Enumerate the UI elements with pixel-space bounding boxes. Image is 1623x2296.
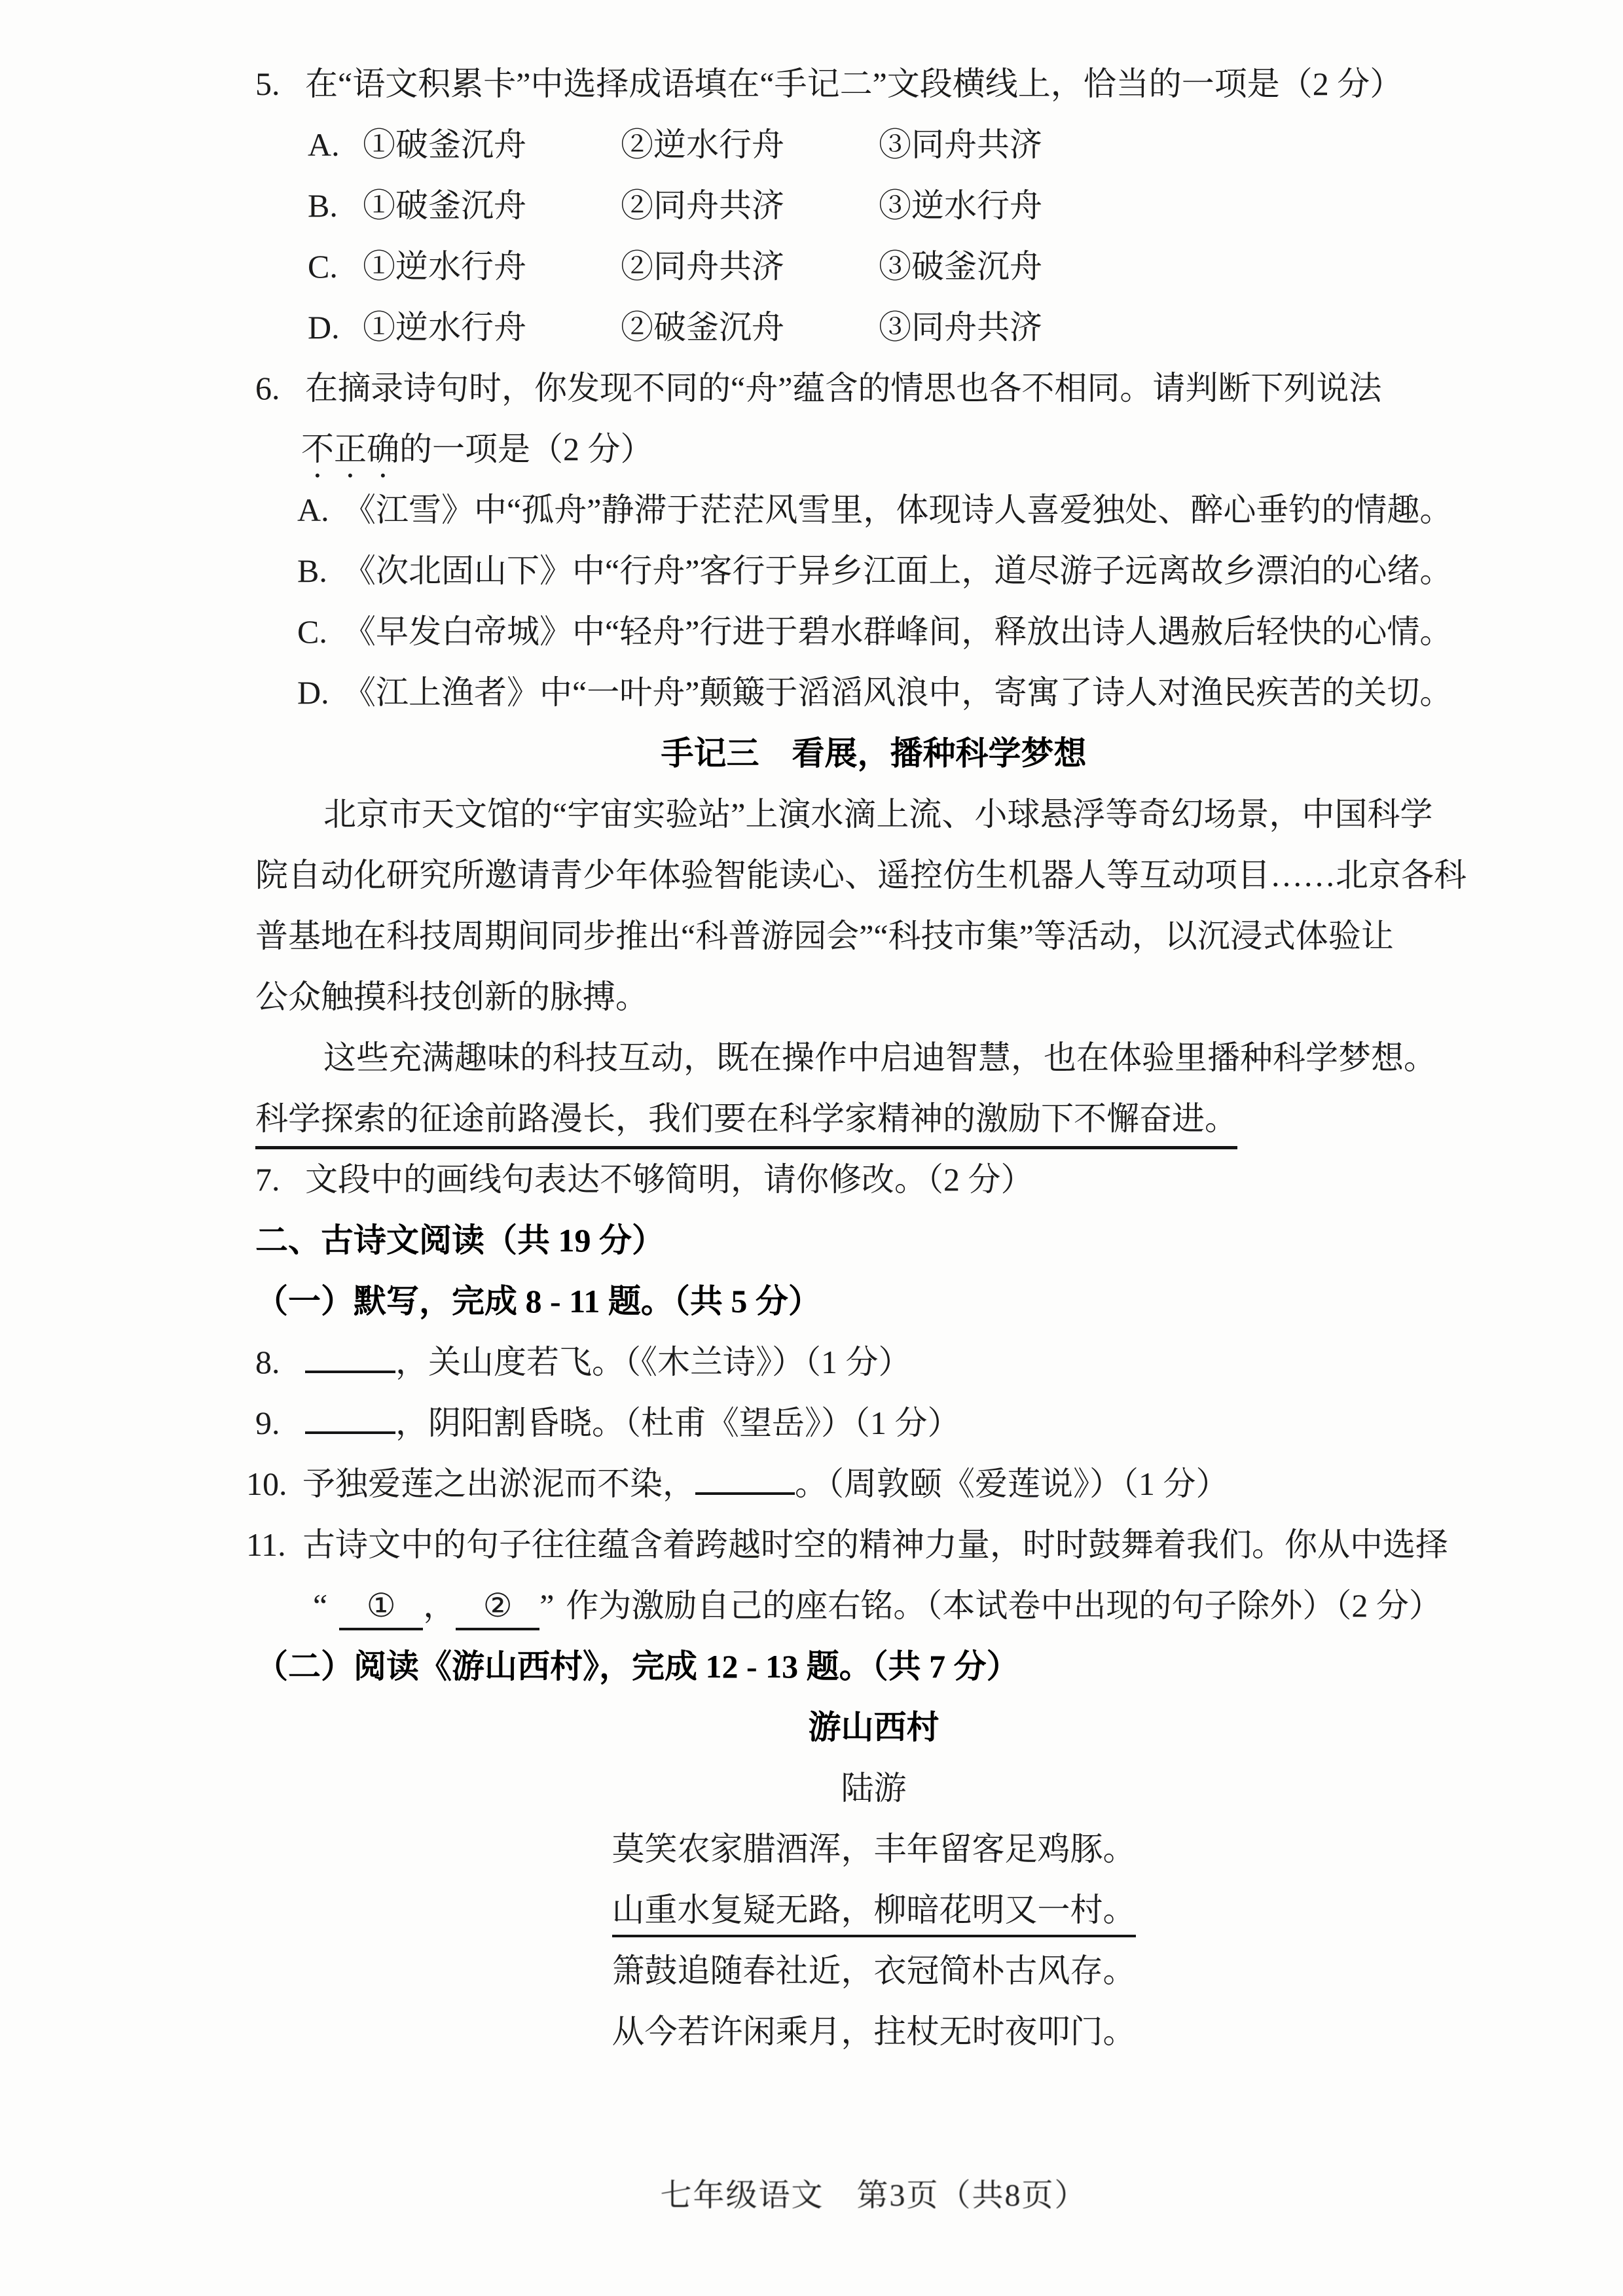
q6-option-c: C.《早发白帝城》中“轻舟”行进于碧水群峰间，释放出诗人遇赦后轻快的心情。 [255, 601, 1492, 662]
question-9-number: 9. [255, 1393, 305, 1454]
q5-option-a-item-1: ①破釜沉舟 [363, 115, 621, 175]
notes3-paragraph2-line1: 这些充满趣味的科技互动，既在操作中启迪智慧，也在体验里播种科学梦想。 [255, 1028, 1492, 1088]
q6-option-c-label: C. [297, 601, 343, 662]
poem-underlined-line: 山重水复疑无路，柳暗花明又一村。 [612, 1892, 1136, 1937]
q6-option-a-label: A. [297, 480, 343, 541]
q5-option-a-item-3: ③同舟共济 [879, 115, 1137, 175]
q5-option-c-item-1: ①逆水行舟 [363, 236, 621, 297]
question-7: 7.文段中的画线句表达不够简明，请你修改。（2 分） [255, 1149, 1492, 1210]
q5-option-a-label: A. [308, 115, 363, 175]
poem-line-2: 山重水复疑无路，柳暗花明又一村。 [255, 1880, 1492, 1941]
question-9-blank [305, 1426, 395, 1434]
poem-line-3: 箫鼓追随春社近，衣冠简朴古风存。 [255, 1941, 1492, 2001]
q6-option-d-label: D. [297, 662, 343, 723]
q5-option-d-item-1: ①逆水行舟 [363, 297, 621, 358]
question-6-text-line-2: 的一项是（2 分） [399, 431, 653, 467]
q5-option-d-item-2: ②破釜沉舟 [621, 297, 879, 358]
q11-blank-1: ① [339, 1587, 423, 1630]
question-5: 5.在“语文积累卡”中选择成语填在“手记二”文段横线上，恰当的一项是（2 分） [255, 54, 1492, 115]
question-5-number: 5. [255, 54, 305, 115]
question-6-number: 6. [255, 358, 305, 419]
poem-line-1: 莫笑农家腊酒浑，丰年留客足鸡豚。 [255, 1819, 1492, 1880]
q5-option-d-item-3: ③同舟共济 [879, 297, 1137, 358]
part-1-heading: （一）默写，完成 8 - 11 题。（共 5 分） [255, 1271, 1492, 1332]
question-8: 8.，关山度若飞。（《木兰诗》）（1 分） [255, 1332, 1492, 1393]
poem-author: 陆游 [255, 1758, 1492, 1819]
q5-option-b-item-2: ②同舟共济 [621, 175, 879, 236]
q6-option-a: A.《江雪》中“孤舟”静滞于茫茫风雪里，体现诗人喜爱独处、醉心垂钓的情趣。 [255, 480, 1492, 541]
notes3-paragraph1-line4: 公众触摸科技创新的脉搏。 [255, 967, 1492, 1028]
q6-option-d-text: 《江上渔者》中“一叶舟”颠簸于滔滔风浪中，寄寓了诗人对渔民疾苦的关切。 [343, 674, 1452, 711]
notes3-paragraph1-line3: 普基地在科技周期间同步推出“科普游园会”“科技市集”等活动，以沉浸式体验让 [255, 906, 1492, 967]
question-9-text: ，阴阳割昏晓。（杜甫《望岳》）（1 分） [395, 1405, 960, 1441]
page-content: 5.在“语文积累卡”中选择成语填在“手记二”文段横线上，恰当的一项是（2 分） … [0, 0, 1623, 2209]
page-footer: 七年级语文 第3页（共8页） [255, 2172, 1492, 2209]
q5-option-b-item-1: ①破釜沉舟 [363, 175, 621, 236]
question-10-text-before: 予独爱莲之出淤泥而不染， [302, 1465, 695, 1502]
q5-option-c-item-3: ③破釜沉舟 [879, 236, 1137, 297]
notes3-paragraph1-line2: 院自动化研究所邀请青少年体验智能读心、遥控仿生机器人等互动项目……北京各科 [255, 845, 1492, 906]
exam-paper-page: 5.在“语文积累卡”中选择成语填在“手记二”文段横线上，恰当的一项是（2 分） … [0, 0, 1623, 2296]
notes3-heading: 手记三 看展，播种科学梦想 [255, 723, 1492, 784]
q5-option-a: A.①破釜沉舟②逆水行舟③同舟共济 [255, 115, 1492, 175]
q11-open-quote: “ [313, 1587, 339, 1624]
page-footer-text: 七年级语文 第3页（共8页） [255, 2172, 1492, 2209]
poem-block: 游山西村 陆游 莫笑农家腊酒浑，丰年留客足鸡豚。 山重水复疑无路，柳暗花明又一村… [255, 1697, 1492, 2062]
question-7-number: 7. [255, 1149, 305, 1210]
q11-blank-2: ② [456, 1587, 539, 1630]
question-10-text-after: 。（周敦颐《爱莲说》）（1 分） [795, 1465, 1229, 1502]
poem-line-4: 从今若许闲乘月，拄杖无时夜叩门。 [255, 2001, 1492, 2062]
q5-option-d-label: D. [308, 297, 363, 358]
question-9: 9.，阴阳割昏晓。（杜甫《望岳》）（1 分） [255, 1393, 1492, 1454]
question-6-emphasized-text: 不正确 [301, 431, 399, 467]
section-2-heading: 二、古诗文阅读（共 19 分） [255, 1210, 1492, 1271]
q5-option-b: B.①破釜沉舟②同舟共济③逆水行舟 [255, 175, 1492, 236]
question-5-text: 在“语文积累卡”中选择成语填在“手记二”文段横线上，恰当的一项是（2 分） [305, 65, 1402, 102]
q6-option-b-label: B. [297, 541, 343, 601]
notes3-paragraph1-line1: 北京市天文馆的“宇宙实验站”上演水滴上流、小球悬浮等奇幻场景，中国科学 [255, 784, 1492, 845]
q5-option-c-label: C. [308, 236, 363, 297]
q11-close-quote: ” [539, 1587, 566, 1624]
question-8-text: ，关山度若飞。（《木兰诗》）（1 分） [395, 1344, 911, 1380]
question-11-line-2: “①，②”作为激励自己的座右铭。（本试卷中出现的句子除外）（2 分） [255, 1575, 1492, 1636]
question-11-text-line-2: 作为激励自己的座右铭。（本试卷中出现的句子除外）（2 分） [566, 1587, 1442, 1624]
question-10-blank [695, 1487, 795, 1495]
q5-option-c-item-2: ②同舟共济 [621, 236, 879, 297]
question-8-blank [305, 1365, 395, 1373]
question-8-number: 8. [255, 1332, 305, 1393]
notes3-underlined-sentence: 科学探索的征途前路漫长，我们要在科学家精神的激励下不懈奋进。 [255, 1100, 1237, 1149]
question-11-text-line-1: 古诗文中的句子往往蕴含着跨越时空的精神力量，时时鼓舞着我们。你从中选择 [302, 1526, 1448, 1563]
question-10: 10.予独爱莲之出淤泥而不染，。（周敦颐《爱莲说》）（1 分） [255, 1454, 1492, 1515]
question-11-line-1: 11.古诗文中的句子往往蕴含着跨越时空的精神力量，时时鼓舞着我们。你从中选择 [255, 1515, 1492, 1575]
q6-option-d: D.《江上渔者》中“一叶舟”颠簸于滔滔风浪中，寄寓了诗人对渔民疾苦的关切。 [255, 662, 1492, 723]
part-2-heading: （二）阅读《游山西村》，完成 12 - 13 题。（共 7 分） [255, 1636, 1492, 1697]
notes3-paragraph2-line2: 科学探索的征途前路漫长，我们要在科学家精神的激励下不懈奋进。 [255, 1088, 1492, 1149]
q6-option-a-text: 《江雪》中“孤舟”静滞于茫茫风雪里，体现诗人喜爱独处、醉心垂钓的情趣。 [343, 492, 1452, 528]
q5-option-b-label: B. [308, 175, 363, 236]
q6-option-b-text: 《次北固山下》中“行舟”客行于异乡江面上，道尽游子远离故乡漂泊的心绪。 [343, 552, 1452, 589]
q6-option-c-text: 《早发白帝城》中“轻舟”行进于碧水群峰间，释放出诗人遇赦后轻快的心情。 [343, 613, 1452, 650]
q5-option-b-item-3: ③逆水行舟 [879, 175, 1137, 236]
question-6-line-1: 6.在摘录诗句时，你发现不同的“舟”蕴含的情思也各不相同。请判断下列说法 [255, 358, 1492, 419]
question-10-number: 10. [246, 1454, 302, 1515]
question-11-number: 11. [246, 1515, 302, 1575]
q11-comma: ， [423, 1587, 456, 1624]
question-6-line-2: 不正确的一项是（2 分） [255, 419, 1492, 480]
q5-option-d: D.①逆水行舟②破釜沉舟③同舟共济 [255, 297, 1492, 358]
q5-option-a-item-2: ②逆水行舟 [621, 115, 879, 175]
question-6-text-line-1: 在摘录诗句时，你发现不同的“舟”蕴含的情思也各不相同。请判断下列说法 [305, 370, 1381, 406]
question-7-text: 文段中的画线句表达不够简明，请你修改。（2 分） [305, 1161, 1034, 1198]
q5-option-c: C.①逆水行舟②同舟共济③破釜沉舟 [255, 236, 1492, 297]
poem-title: 游山西村 [255, 1697, 1492, 1758]
q6-option-b: B.《次北固山下》中“行舟”客行于异乡江面上，道尽游子远离故乡漂泊的心绪。 [255, 541, 1492, 601]
